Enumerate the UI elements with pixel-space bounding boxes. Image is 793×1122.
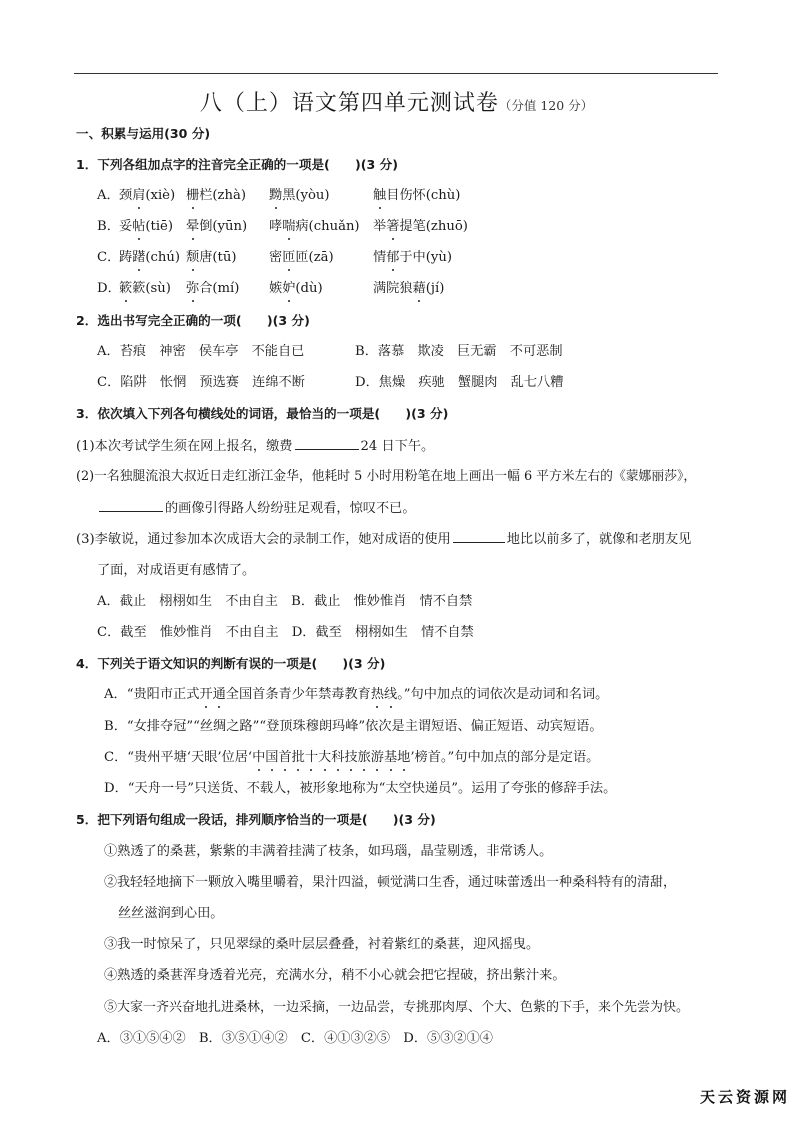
q5-options: A．③①⑤④② B．③⑤①④② C．④①③②⑤ D．⑤③②①④ (97, 1030, 493, 1048)
q3-options-row-1: A．截止 栩栩如生 不由自主 B．截止 惟妙惟肖 情不自禁 (97, 593, 472, 611)
q5-sentence-5: ⑤大家一齐兴奋地扎进桑林，一边采摘，一边品尝，专挑那肉厚、个大、色紫的下手，来个… (104, 999, 689, 1017)
q5-stem: 5．把下列语句组成一段话，排列顺序恰当的一项是( )(3 分) (76, 811, 436, 829)
page-title: 八（上）语文第四单元测试卷（分值 120 分） (0, 86, 793, 117)
q3-sentence-3: (3)李敏说，通过参加本次成语大会的录制工作，她对成语的使用地比以前多了，就像和… (76, 530, 691, 549)
q4-option-d: D．“天舟一号”只送货、不载人，被形象地称为“太空快递员”。运用了夸张的修辞手法… (104, 780, 616, 798)
emphasized-text: 开通 (199, 687, 225, 702)
q2-option-c: C．陷阱 怅惘 预选赛 连绵不断 (97, 375, 305, 390)
score-note: （分值 120 分） (499, 98, 593, 113)
emphasized-text: 中国首批十大科技旅游基地 (252, 750, 410, 765)
q1-option-c: C．踌躇(chú)颓唐(tū)密匝匝(zā)情郁于中(yù) (97, 249, 120, 267)
pinyin-item: 妥帖(tiē) (119, 218, 173, 236)
q4-option-a: A．“贵阳市正式开通全国首条青少年禁毒教育热线。”句中加点的词依次是动词和名词。 (104, 686, 608, 704)
option-label: D． (97, 281, 121, 296)
answer-blank (99, 499, 163, 512)
q3-sentence-2-cont: 的画像引得路人纷纷驻足观看，惊叹不已。 (97, 499, 416, 518)
q2-option-row: C．陷阱 怅惘 预选赛 连绵不断 D．焦燥 疾驰 蟹腿肉 乱七八糟 (97, 374, 305, 392)
emphasized-text: 热线 (371, 687, 397, 702)
option-label: B． (97, 219, 120, 234)
q4-stem: 4．下列关于语文知识的判断有误的一项是( )(3 分) (76, 655, 385, 673)
pinyin-item: 黝黑(yòu) (269, 187, 330, 205)
pinyin-item: 踌躇(chú) (119, 249, 180, 267)
q5-sentence-3: ③我一时惊呆了，只见翠绿的桑叶层层叠叠，衬着紫红的桑葚，迎风摇曳。 (104, 936, 539, 954)
header-rule (74, 73, 718, 74)
option-label: A． (97, 188, 120, 203)
pinyin-item: 情郁于中(yù) (373, 249, 452, 267)
q2-option-a: A．苔痕 神密 侯车亭 不能自已 (97, 344, 304, 359)
pinyin-item: 栅栏(zhà) (186, 187, 246, 205)
q1-option-d: D．簌簌(sù)弥合(mí)嫉妒(dù)满院狼藉(jí) (97, 280, 121, 298)
pinyin-item: 满院狼藉(jí) (373, 280, 444, 298)
q5-sentence-2-cont: 丝丝滋润到心田。 (118, 905, 224, 923)
pinyin-item: 触目伤怀(chù) (373, 187, 460, 205)
q1-stem: 1．下列各组加点字的注音完全正确的一项是( )(3 分) (76, 156, 398, 174)
q3-sentence-3-cont: 了面，对成语更有感情了。 (97, 562, 255, 580)
pinyin-item: 嫉妒(dù) (269, 280, 323, 298)
q5-sentence-2: ②我轻轻地摘下一颗放入嘴里嚼着，果汁四溢，顿觉满口生香，通过味蕾透出一种桑科特有… (104, 874, 676, 892)
pinyin-item: 密匝匝(zā) (269, 249, 334, 267)
q5-sentence-1: ①熟透了的桑葚，紫紫的丰满着挂满了枝条，如玛瑙，晶莹剔透，非常诱人。 (104, 843, 552, 861)
q2-option-row: A．苔痕 神密 侯车亭 不能自已 B．落慕 欺凌 巨无霸 不可恶制 (97, 343, 304, 361)
answer-blank (453, 530, 505, 543)
section-heading: 一、积累与运用(30 分) (76, 125, 210, 143)
q5-sentence-4: ④熟透的桑葚浑身透着光亮，充满水分，稍不小心就会把它捏破，挤出紫汁来。 (104, 967, 566, 985)
q1-option-a: A．颈肩(xiè)栅栏(zhà)黝黑(yòu)触目伤怀(chù) (97, 187, 120, 205)
q3-options-row-2: C．截至 惟妙惟肖 不由自主 D．截至 栩栩如生 情不自禁 (97, 624, 474, 642)
q3-sentence-1: (1)本次考试学生须在网上报名，缴费24 日下午。 (76, 437, 434, 456)
exam-title: 八（上）语文第四单元测试卷 (200, 91, 499, 116)
q2-stem: 2．选出书写完全正确的一项( )(3 分) (76, 312, 310, 330)
q2-option-d: D．焦燥 疾驰 蟹腿肉 乱七八糟 (355, 374, 563, 392)
q1-option-b: B．妥帖(tiē)晕倒(yūn)哮喘病(chuǎn)举箸提笔(zhuō) (97, 218, 120, 236)
pinyin-item: 颓唐(tū) (186, 249, 236, 267)
pinyin-item: 晕倒(yūn) (186, 218, 247, 236)
pinyin-item: 哮喘病(chuǎn) (269, 218, 360, 236)
q4-option-c: C．“贵州平塘‘天眼’位居‘中国首批十大科技旅游基地’榜首。”句中加点的部分是定… (104, 749, 599, 767)
q4-option-b: B．“女排夺冠”“丝绸之路”“登顶珠穆朗玛峰”依次是主谓短语、偏正短语、动宾短语… (104, 718, 603, 736)
q2-option-b: B．落慕 欺凌 巨无霸 不可恶制 (355, 343, 563, 361)
answer-blank (295, 437, 359, 450)
pinyin-item: 簌簌(sù) (119, 280, 171, 298)
option-label: C． (97, 250, 120, 265)
q3-stem: 3．依次填入下列各句横线处的词语，最恰当的一项是( )(3 分) (76, 405, 448, 423)
q3-sentence-2: (2)一名独腿流浪大叔近日走红浙江金华，他耗时 5 小时用粉笔在地上画出一幅 6… (76, 468, 696, 486)
watermark-logo: 天云资源网 (700, 1086, 790, 1107)
pinyin-item: 颈肩(xiè) (119, 187, 175, 205)
pinyin-item: 弥合(mí) (186, 280, 239, 298)
pinyin-item: 举箸提笔(zhuō) (373, 218, 468, 236)
